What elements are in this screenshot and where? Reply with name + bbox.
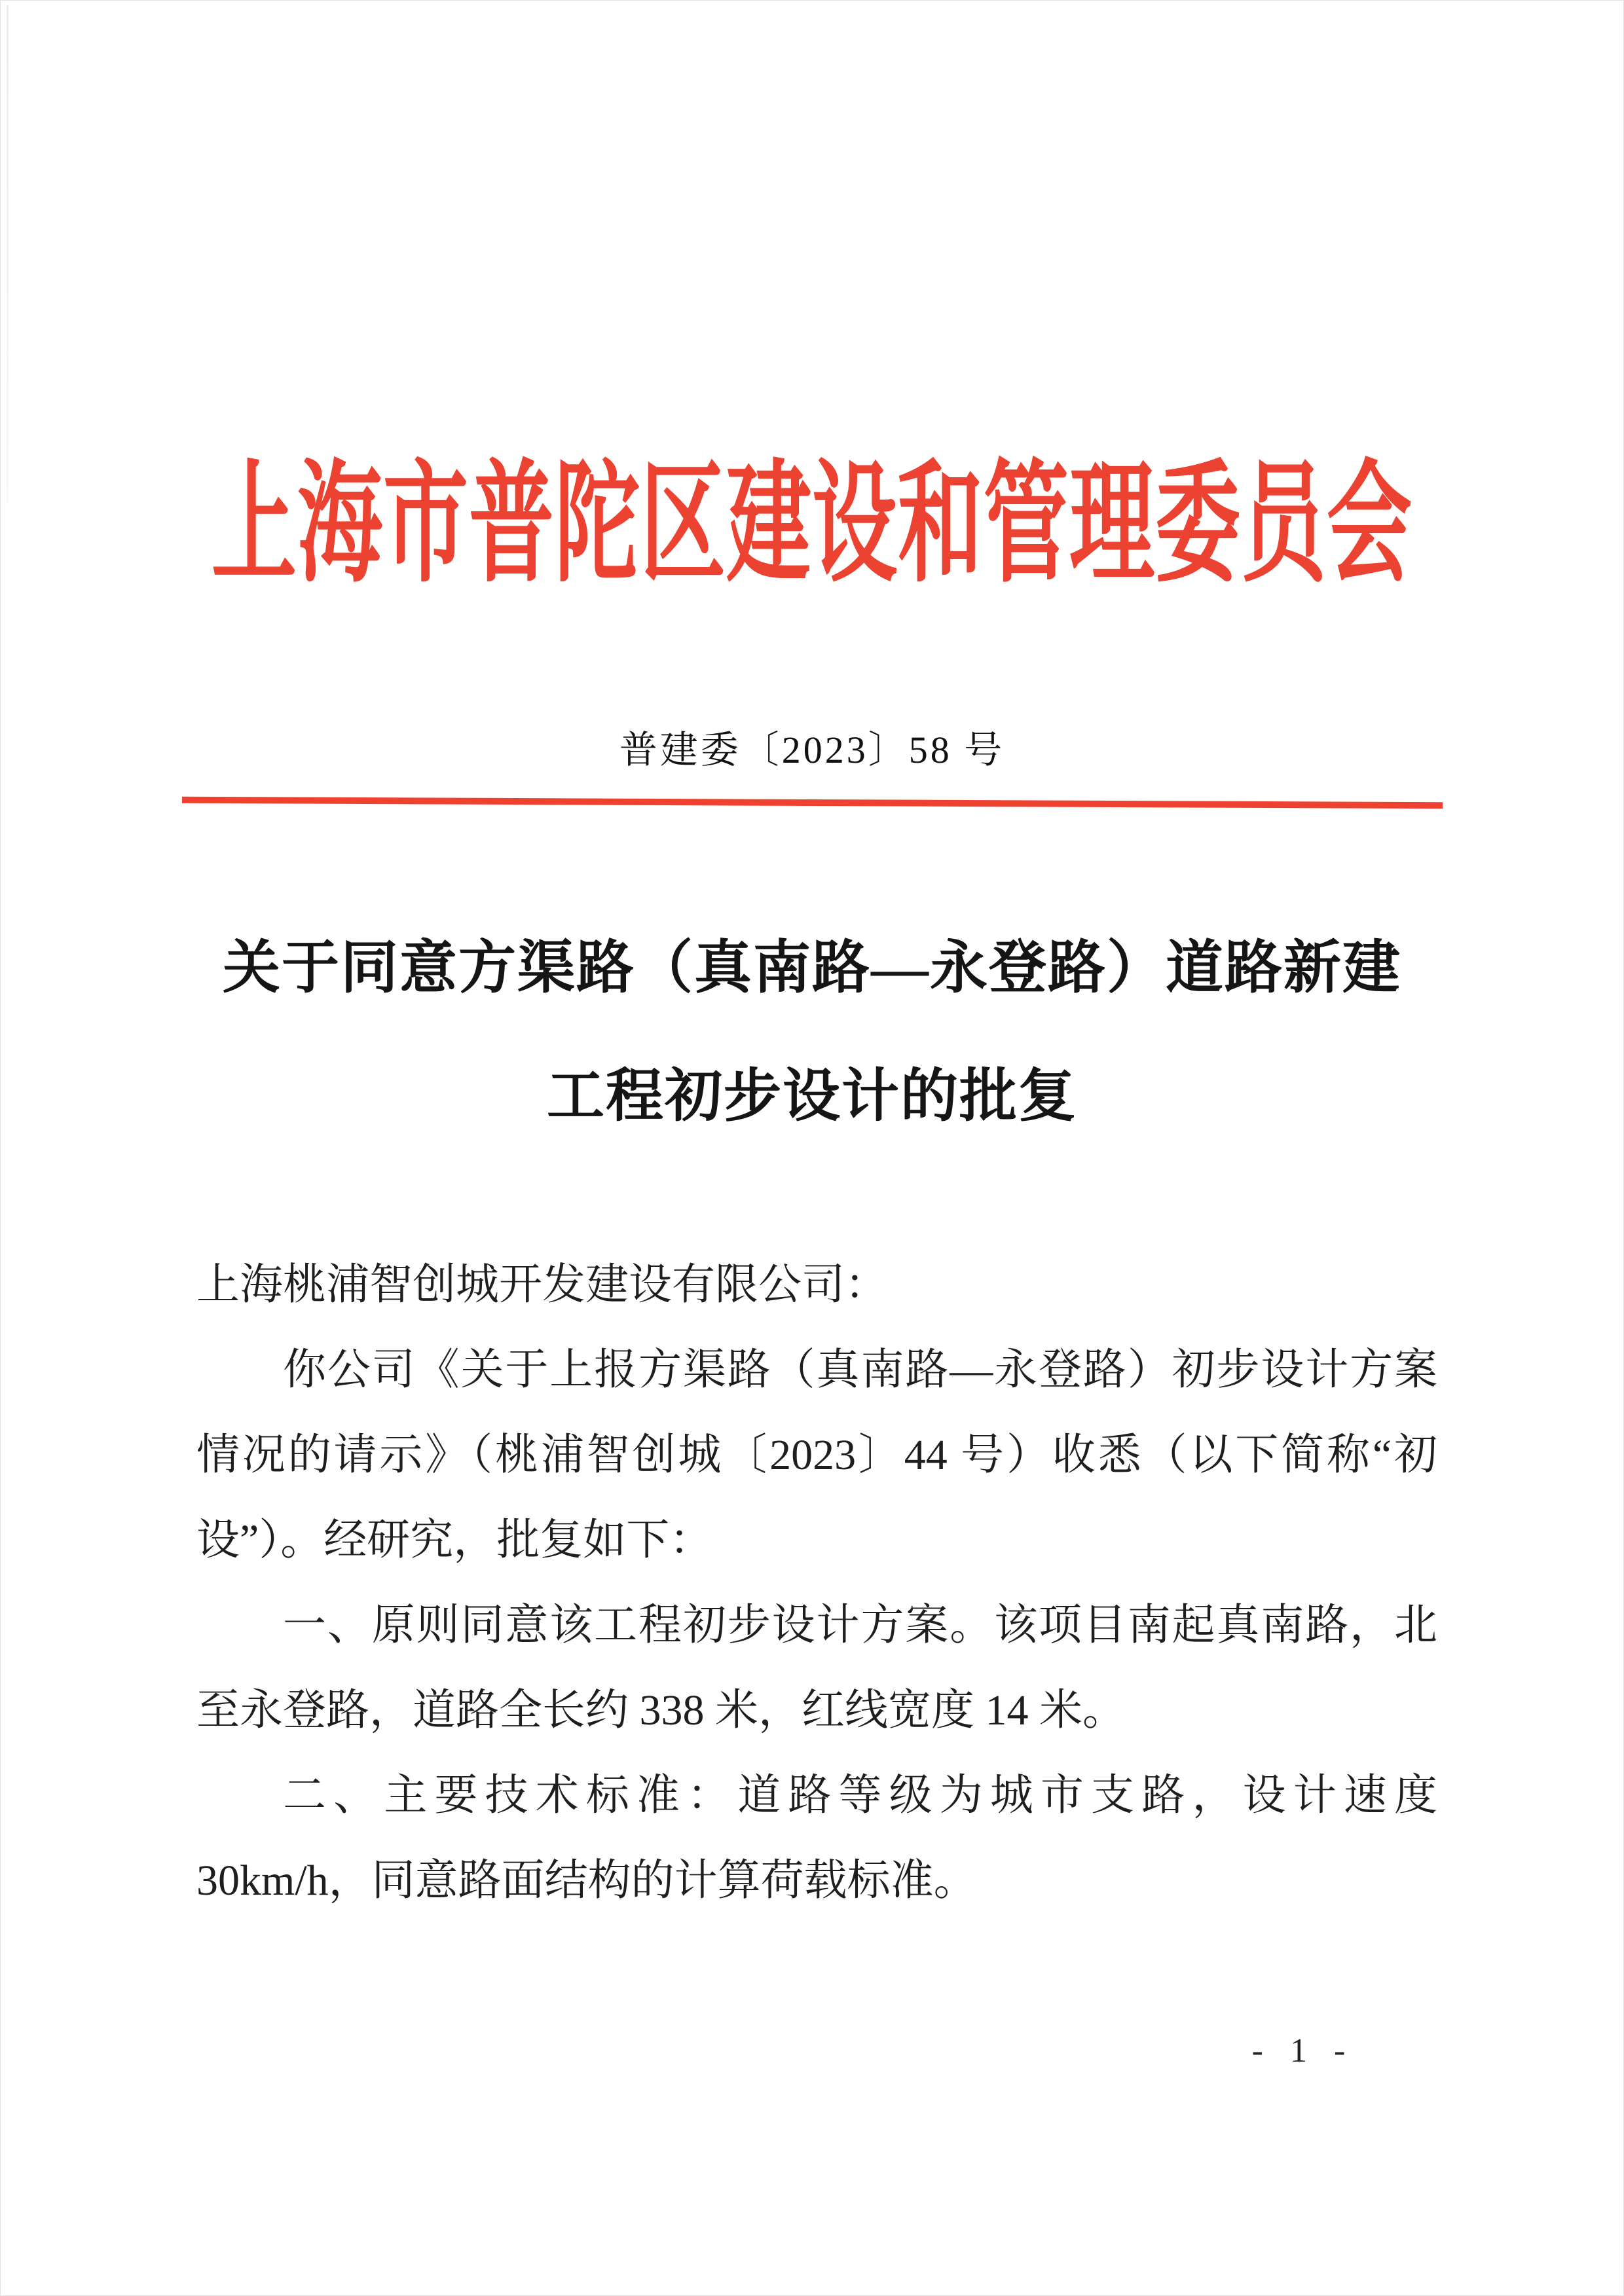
body-paragraph: 一、原则同意该工程初步设计方案。该项目南起真南路，北至永登路，道路全长约 338… — [196, 1583, 1437, 1753]
document-reference-number: 普建委〔2023〕58 号 — [0, 724, 1624, 776]
agency-name-header: 上海市普陀区建设和管理委员会 — [0, 460, 1624, 592]
page-number: - 1 - — [1218, 2032, 1388, 2071]
document-title: 关于同意方渠路（真南路—永登路）道路新建 工程初步设计的批复 — [0, 905, 1624, 1161]
official-document-page: 上海市普陀区建设和管理委员会 普建委〔2023〕58 号 关于同意方渠路（真南路… — [0, 0, 1624, 2296]
salutation-line: 上海桃浦智创城开发建设有限公司： — [196, 1243, 1437, 1328]
scan-artifact-line — [7, 5, 9, 503]
document-body: 上海桃浦智创城开发建设有限公司： 你公司《关于上报方渠路（真南路—永登路）初步设… — [196, 1243, 1437, 1923]
body-paragraph: 你公司《关于上报方渠路（真南路—永登路）初步设计方案情况的请示》（桃浦智创城〔2… — [196, 1328, 1437, 1583]
red-divider-line — [182, 797, 1443, 809]
document-title-line1: 关于同意方渠路（真南路—永登路）道路新建 — [0, 905, 1624, 1033]
document-title-line2: 工程初步设计的批复 — [0, 1033, 1624, 1161]
body-paragraph: 二、主要技术标准：道路等级为城市支路，设计速度 30km/h，同意路面结构的计算… — [196, 1753, 1437, 1923]
